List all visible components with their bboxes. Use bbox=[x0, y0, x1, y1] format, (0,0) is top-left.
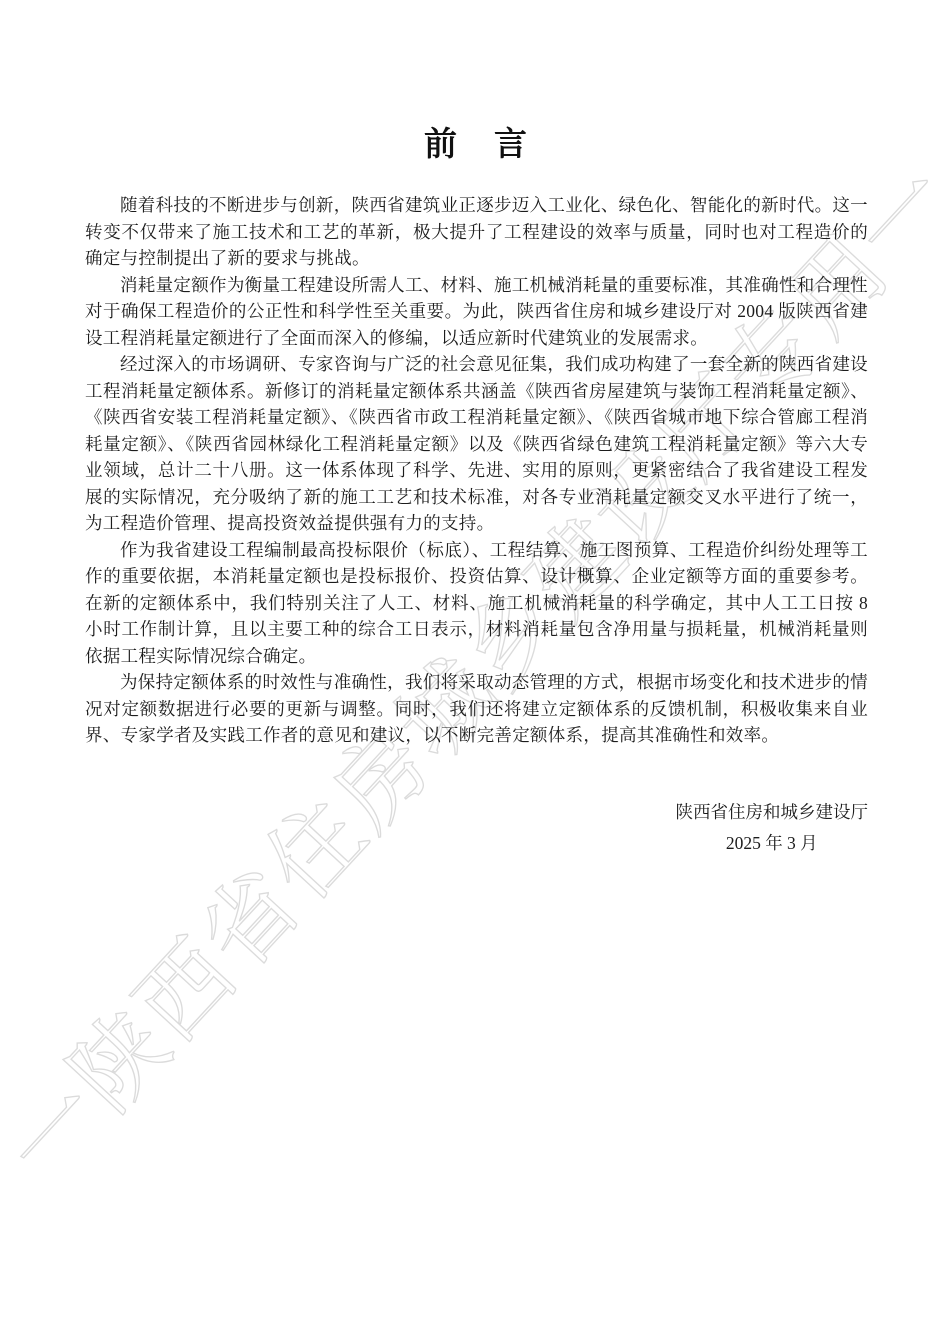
signature-organization: 陕西省住房和城乡建设厅 bbox=[676, 797, 869, 828]
signature-block: 陕西省住房和城乡建设厅 2025 年 3 月 bbox=[676, 797, 869, 859]
body-paragraph: 随着科技的不断进步与创新，陕西省建筑业正逐步迈入工业化、绿色化、智能化的新时代。… bbox=[85, 192, 868, 272]
page-content: 前 言 随着科技的不断进步与创新，陕西省建筑业正逐步迈入工业化、绿色化、智能化的… bbox=[0, 0, 950, 859]
body-paragraph: 作为我省建设工程编制最高投标限价（标底）、工程结算、施工图预算、工程造价纠纷处理… bbox=[85, 537, 868, 670]
body-paragraph: 经过深入的市场调研、专家咨询与广泛的社会意见征集，我们成功构建了一套全新的陕西省… bbox=[85, 351, 868, 537]
preface-body: 随着科技的不断进步与创新，陕西省建筑业正逐步迈入工业化、绿色化、智能化的新时代。… bbox=[85, 192, 868, 749]
signature-date: 2025 年 3 月 bbox=[676, 828, 869, 859]
page-title: 前 言 bbox=[85, 122, 868, 166]
document-page: 一陕西省住房城乡建设厅专用一 前 言 随着科技的不断进步与创新，陕西省建筑业正逐… bbox=[0, 0, 950, 1344]
body-paragraph: 消耗量定额作为衡量工程建设所需人工、材料、施工机械消耗量的重要标准，其准确性和合… bbox=[85, 272, 868, 352]
body-paragraph: 为保持定额体系的时效性与准确性，我们将采取动态管理的方式，根据市场变化和技术进步… bbox=[85, 669, 868, 749]
